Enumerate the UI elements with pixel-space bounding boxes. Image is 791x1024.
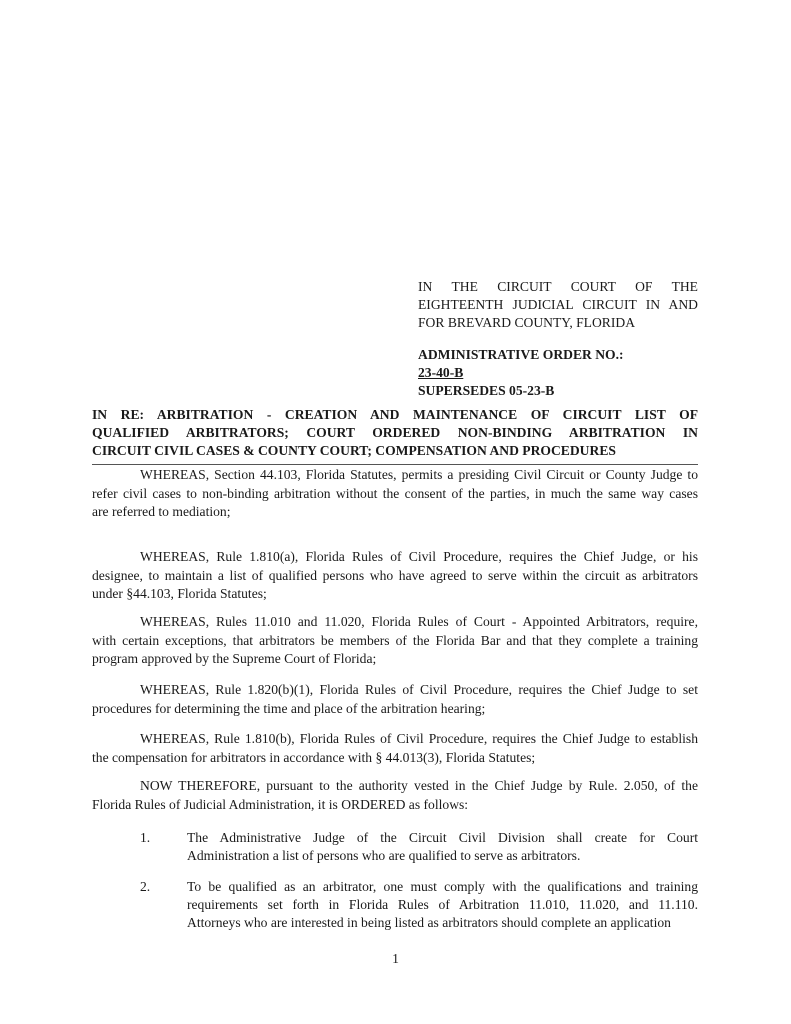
order-number: 23-40-B xyxy=(418,364,698,382)
item-line: Attorneys who are interested in being li… xyxy=(187,914,698,932)
item-body: To be qualified as an arbitrator, one mu… xyxy=(187,878,698,932)
paragraph-line: Florida Rules of Judicial Administration… xyxy=(92,796,698,815)
paragraph-line: procedures for determining the time and … xyxy=(92,700,698,719)
paragraph-line: refer civil cases to non-binding arbitra… xyxy=(92,485,698,504)
supersedes-label: SUPERSEDES 05-23-B xyxy=(418,382,698,400)
paragraph-line: WHEREAS, Section 44.103, Florida Statute… xyxy=(92,466,698,485)
in-re-line: CIRCUIT CIVIL CASES & COUNTY COURT; COMP… xyxy=(92,442,698,460)
whereas-paragraph-4: WHEREAS, Rule 1.820(b)(1), Florida Rules… xyxy=(92,681,698,718)
whereas-paragraph-3: WHEREAS, Rules 11.010 and 11.020, Florid… xyxy=(92,613,698,669)
paragraph-line: the compensation for arbitrators in acco… xyxy=(92,749,698,768)
item-line: To be qualified as an arbitrator, one mu… xyxy=(187,878,698,896)
paragraph-line: under §44.103, Florida Statutes; xyxy=(92,585,698,604)
in-re-line: QUALIFIED ARBITRATORS; COURT ORDERED NON… xyxy=(92,424,698,442)
page-number: 1 xyxy=(0,951,791,967)
item-line: requirements set forth in Florida Rules … xyxy=(187,896,698,914)
court-caption: IN THE CIRCUIT COURT OF THE EIGHTEENTH J… xyxy=(418,278,698,332)
item-line: The Administrative Judge of the Circuit … xyxy=(187,829,698,847)
court-caption-line: FOR BREVARD COUNTY, FLORIDA xyxy=(418,314,698,332)
in-re-heading: IN RE: ARBITRATION - CREATION AND MAINTE… xyxy=(92,406,698,460)
court-caption-line: IN THE CIRCUIT COURT OF THE xyxy=(418,278,698,296)
paragraph-line: WHEREAS, Rules 11.010 and 11.020, Florid… xyxy=(92,613,698,632)
administrative-order-block: ADMINISTRATIVE ORDER NO.: 23-40-B SUPERS… xyxy=(418,346,698,400)
court-caption-line: EIGHTEENTH JUDICIAL CIRCUIT IN AND xyxy=(418,296,698,314)
item-number: 1. xyxy=(140,829,150,847)
paragraph-line: WHEREAS, Rule 1.820(b)(1), Florida Rules… xyxy=(92,681,698,700)
document-page: IN THE CIRCUIT COURT OF THE EIGHTEENTH J… xyxy=(0,0,791,1024)
paragraph-line: program approved by the Supreme Court of… xyxy=(92,650,698,669)
paragraph-line: are referred to mediation; xyxy=(92,503,698,522)
paragraph-line: NOW THEREFORE, pursuant to the authority… xyxy=(92,777,698,796)
whereas-paragraph-5: WHEREAS, Rule 1.810(b), Florida Rules of… xyxy=(92,730,698,767)
order-label: ADMINISTRATIVE ORDER NO.: xyxy=(418,346,698,364)
item-line: Administration a list of persons who are… xyxy=(187,847,698,865)
whereas-paragraph-1: WHEREAS, Section 44.103, Florida Statute… xyxy=(92,466,698,522)
paragraph-line: WHEREAS, Rule 1.810(a), Florida Rules of… xyxy=(92,548,698,567)
whereas-paragraph-2: WHEREAS, Rule 1.810(a), Florida Rules of… xyxy=(92,548,698,604)
item-number: 2. xyxy=(140,878,150,896)
in-re-line: IN RE: ARBITRATION - CREATION AND MAINTE… xyxy=(92,406,698,424)
item-body: The Administrative Judge of the Circuit … xyxy=(187,829,698,865)
paragraph-line: with certain exceptions, that arbitrator… xyxy=(92,632,698,651)
horizontal-divider xyxy=(92,464,698,465)
now-therefore-paragraph: NOW THEREFORE, pursuant to the authority… xyxy=(92,777,698,814)
paragraph-line: designee, to maintain a list of qualifie… xyxy=(92,567,698,586)
paragraph-line: WHEREAS, Rule 1.810(b), Florida Rules of… xyxy=(92,730,698,749)
